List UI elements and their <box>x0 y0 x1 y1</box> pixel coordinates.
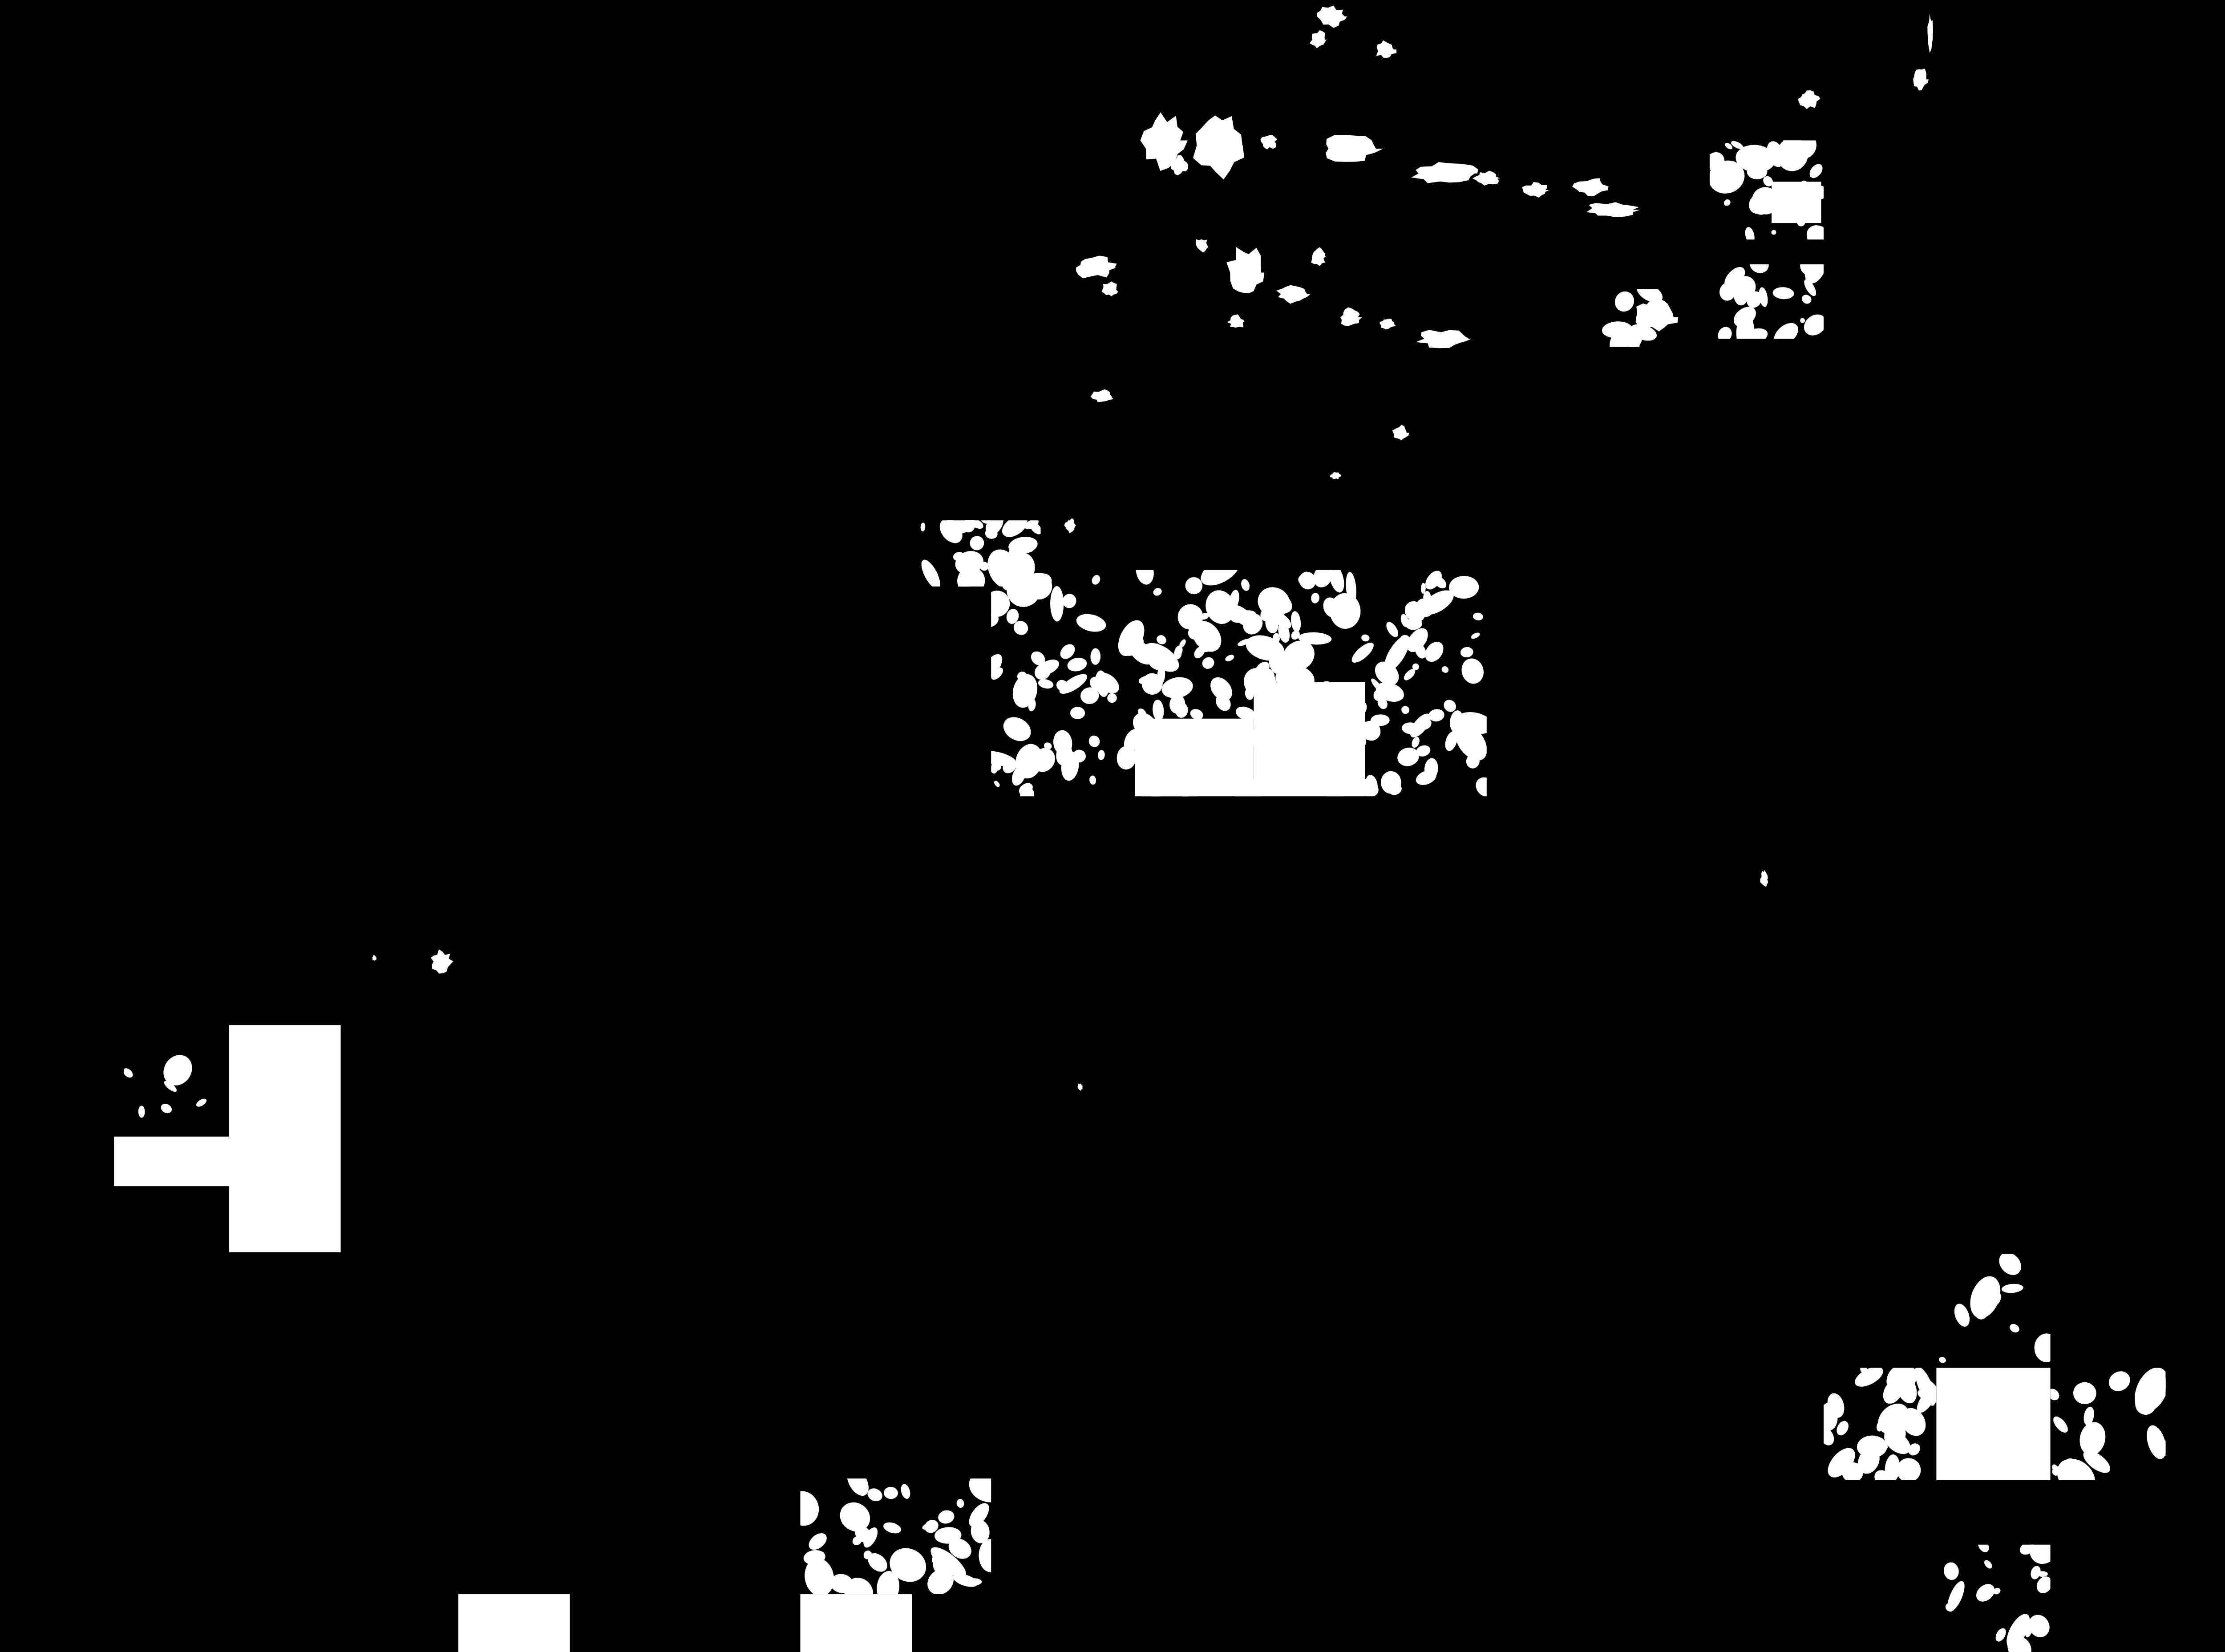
mask-canvas <box>0 0 2225 1652</box>
